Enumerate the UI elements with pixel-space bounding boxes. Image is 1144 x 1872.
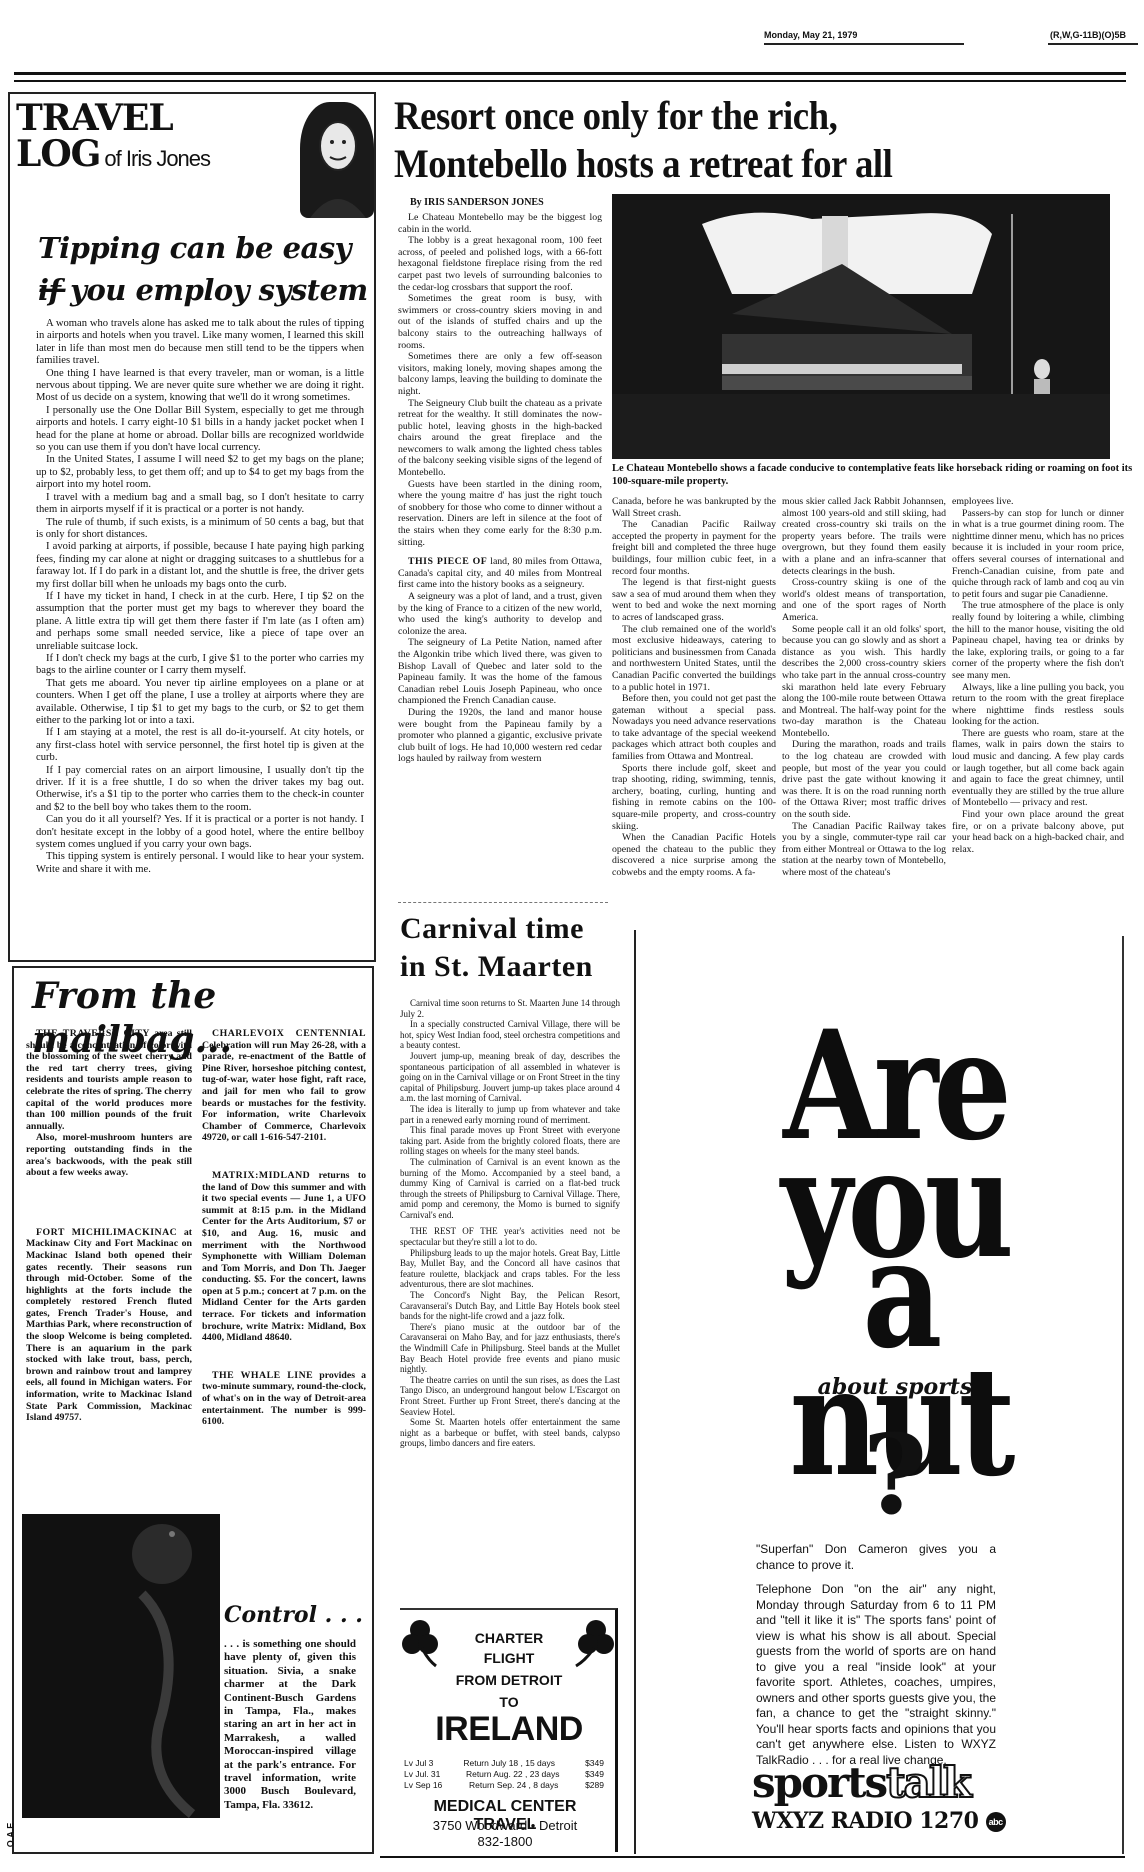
- paragraph: If I pay comercial rates on an airport l…: [36, 765, 364, 815]
- paragraph: The Canadian Pacific Railway takes you b…: [782, 821, 946, 879]
- ad-line-charter: CHARTER: [400, 1628, 618, 1648]
- paragraph: Before then, you could not get past the …: [612, 693, 776, 763]
- mailbag-item: CHARLEVOIX CENTENNIAL Celebration will r…: [202, 1028, 366, 1144]
- paragraph: The seigneury of La Petite Nation, named…: [398, 637, 602, 707]
- paragraph: In the United States, I assume I will ne…: [36, 454, 364, 491]
- paragraph: The rule of thumb, if such exists, is a …: [36, 517, 364, 542]
- paragraph: If I have my ticket in hand, I check in …: [36, 591, 364, 653]
- departure-row: Lv Jul. 31Return Aug. 22 , 23 days$349: [404, 1769, 604, 1780]
- paragraph: Philipsburg leads to up the major hotels…: [400, 1248, 620, 1290]
- paragraph: When the Canadian Pacific Hotels opened …: [612, 832, 776, 878]
- ad-body: Telephone Don "on the air" any night, Mo…: [756, 1582, 996, 1768]
- main-headline-line2: Montebello hosts a retreat for all: [394, 140, 892, 187]
- section-lead: THIS PIECE OF: [408, 556, 487, 567]
- paragraph: This tipping system is entirely personal…: [36, 851, 364, 876]
- page-date: Monday, May 21, 1979: [764, 30, 857, 40]
- logo-sports: sports: [752, 1758, 886, 1807]
- tipping-headline-line2: if you employ system: [38, 270, 368, 310]
- paragraph: The club remained one of the world's mos…: [612, 624, 776, 694]
- ad-subhead: about sports: [740, 1374, 1050, 1400]
- paragraph: A seigneury was a plot of land, and a tr…: [398, 591, 602, 637]
- travel-log-title-line2: LOG: [16, 133, 100, 175]
- control-body: . . . is something one should have plent…: [224, 1638, 356, 1812]
- ad-divider: [634, 930, 636, 1854]
- photo-caption: Le Chateau Montebello shows a facade con…: [612, 462, 1142, 488]
- top-rule: [14, 72, 1126, 75]
- agency-address: 3750 Woodward • Detroit: [400, 1818, 610, 1833]
- departure-row: Lv Sep 16Return Sep. 24 , 8 days$289: [404, 1780, 604, 1791]
- control-headline: Control . . .: [224, 1602, 363, 1628]
- author-portrait: [300, 102, 374, 218]
- main-story-col2: Canada, before he was bankrupted by the …: [612, 496, 776, 879]
- travel-log-title-line1: TRAVEL: [16, 100, 210, 136]
- paragraph: If I don't check my bags at the curb, I …: [36, 653, 364, 678]
- departure-row: Lv Jul 3Return July 18 , 15 days$349: [404, 1758, 604, 1769]
- agency-phone: 832-1800: [400, 1834, 610, 1849]
- chateau-image: [612, 194, 1110, 459]
- tipping-column: Tipping can be easy — if you employ syst…: [8, 222, 376, 962]
- paragraph: THE REST OF THE year's activities need n…: [400, 1226, 620, 1247]
- paragraph: Some people call it an old folks' sport,…: [782, 624, 946, 740]
- abc-logo-icon: abc: [986, 1812, 1006, 1832]
- logo-talk: talk: [886, 1758, 970, 1807]
- paragraph: One thing I have learned is that every t…: [36, 368, 364, 405]
- story-end-rule: [398, 902, 608, 903]
- paragraph: The Canadian Pacific Railway accepted th…: [612, 519, 776, 577]
- travel-log-header: TRAVEL LOG of Iris Jones: [8, 92, 376, 222]
- paragraph: The legend is that first-night guests sa…: [612, 577, 776, 623]
- paragraph: Passers-by can stop for lunch or dinner …: [952, 508, 1124, 601]
- mailbag-section: From the mailbag... THE TRAVERSE CITY ar…: [12, 966, 374, 1302]
- paragraph: During the 1920s, the land and manor hou…: [398, 707, 602, 765]
- paragraph: THIS PIECE OF land, 80 miles from Ottawa…: [398, 556, 602, 591]
- paragraph: Guests have been startled in the dining …: [398, 479, 602, 549]
- ad-destination: IRELAND: [400, 1710, 618, 1749]
- paragraph: Canada, before he was bankrupted by the …: [612, 496, 776, 519]
- paragraph: Sports there include golf, skeet and tra…: [612, 763, 776, 833]
- paragraph: I avoid parking at airports, if possible…: [36, 541, 364, 591]
- author-portrait-icon: [300, 102, 374, 218]
- paragraph: The culmination of Carnival is an event …: [400, 1157, 620, 1221]
- question-mark-icon: ?: [740, 1420, 1050, 1530]
- mailbag-item: THE TRAVERSE CITY area still should be a…: [26, 1028, 192, 1132]
- tipping-body: A woman who travels alone has asked me t…: [36, 318, 364, 876]
- paragraph: mous skier called Jack Rabbit Johannsen,…: [782, 496, 946, 577]
- folio-underline-right: [1048, 43, 1138, 45]
- paragraph: Some St. Maarten hotels offer entertainm…: [400, 1417, 620, 1449]
- main-story-col4: employees live. Passers-by can stop for …: [952, 496, 1124, 855]
- main-story-col3: mous skier called Jack Rabbit Johannsen,…: [782, 496, 946, 879]
- paragraph: employees live.: [952, 496, 1124, 508]
- sports-talk-ad: Are you a nut about sports ? "Superfan" …: [640, 930, 1120, 1854]
- paragraph: Jouvert jump-up, meaning break of day, d…: [400, 1051, 620, 1104]
- page-code: (R,W,G-11B)(O)5B: [1050, 30, 1126, 40]
- paragraph: Carnival time soon returns to St. Maarte…: [400, 998, 620, 1019]
- paragraph: Sometimes the great room is busy, with s…: [398, 293, 602, 351]
- snake-charmer-photo: [22, 1514, 220, 1818]
- paragraph: The theatre carries on until the sun ris…: [400, 1375, 620, 1417]
- main-byline: By IRIS SANDERSON JONES: [410, 197, 544, 208]
- ad-line-to: TO: [400, 1692, 618, 1712]
- bottom-rule: [380, 1856, 1125, 1858]
- snake-charmer-image: [22, 1514, 220, 1818]
- paragraph: The Concord's Night Bay, the Pelican Res…: [400, 1290, 620, 1322]
- ireland-charter-ad: CHARTER FLIGHT FROM DETROIT TO IRELAND L…: [400, 1608, 618, 1852]
- paragraph: This final parade moves up Front Street …: [400, 1125, 620, 1157]
- departure-table: Lv Jul 3Return July 18 , 15 days$349 Lv …: [404, 1758, 604, 1791]
- mailbag-item: Also, morel-mushroom hunters are reporti…: [26, 1132, 192, 1178]
- ad-line-from: FROM DETROIT: [400, 1670, 618, 1690]
- paragraph: During the marathon, roads and trails to…: [782, 739, 946, 820]
- top-rule-2: [14, 80, 1126, 82]
- page-marker: O.A.E: [5, 1823, 15, 1848]
- paragraph: Sometimes there are only a few off-seaso…: [398, 351, 602, 397]
- paragraph: A woman who travels alone has asked me t…: [36, 318, 364, 368]
- main-headline-line1: Resort once only for the rich,: [394, 92, 837, 139]
- travel-log-author: of Iris Jones: [104, 146, 210, 171]
- paragraph: Always, like a line pulling you back, yo…: [952, 682, 1124, 728]
- main-story-col1: Le Chateau Montebello may be the biggest…: [398, 212, 602, 765]
- paragraph: That gets me aboard. You never tip airli…: [36, 678, 364, 728]
- ad-line-flight: FLIGHT: [400, 1648, 618, 1668]
- sportstalk-logo: sportstalk: [752, 1760, 970, 1806]
- paragraph: Cross-country skiing is one of the world…: [782, 577, 946, 623]
- paragraph: In a specially constructed Carnival Vill…: [400, 1019, 620, 1051]
- paragraph: Le Chateau Montebello may be the biggest…: [398, 212, 602, 235]
- paragraph: The Seigneury Club built the chateau as …: [398, 398, 602, 479]
- paragraph: I personally use the One Dollar Bill Sys…: [36, 405, 364, 455]
- paragraph: Can you do it all yourself? Yes. If it i…: [36, 814, 364, 851]
- right-border: [1122, 936, 1124, 1854]
- ad-intro: "Superfan" Don Cameron gives you a chanc…: [756, 1542, 996, 1573]
- paragraph: The idea is literally to jump up from wh…: [400, 1104, 620, 1125]
- paragraph: Find your own place around the great fir…: [952, 809, 1124, 855]
- paragraph: I travel with a medium bag and a small b…: [36, 492, 364, 517]
- chateau-photo: [612, 194, 1110, 459]
- paragraph: The lobby is a great hexagonal room, 100…: [398, 235, 602, 293]
- station-name: WXYZ RADIO 1270 abc: [752, 1808, 1006, 1834]
- carnival-body: Carnival time soon returns to St. Maarte…: [400, 998, 620, 1449]
- carnival-headline-line2: in St. Maarten: [400, 948, 593, 986]
- paragraph: If I am staying at a motel, the rest is …: [36, 727, 364, 764]
- carnival-headline-line1: Carnival time: [400, 910, 584, 948]
- paragraph: The true atmosphere of the place is only…: [952, 600, 1124, 681]
- paragraph: There's piano music at the outdoor bar o…: [400, 1322, 620, 1375]
- control-section: Control . . . . . . is something one sho…: [12, 1302, 374, 1854]
- folio-underline: [764, 43, 964, 45]
- paragraph: There are guests who roam, stare at the …: [952, 728, 1124, 809]
